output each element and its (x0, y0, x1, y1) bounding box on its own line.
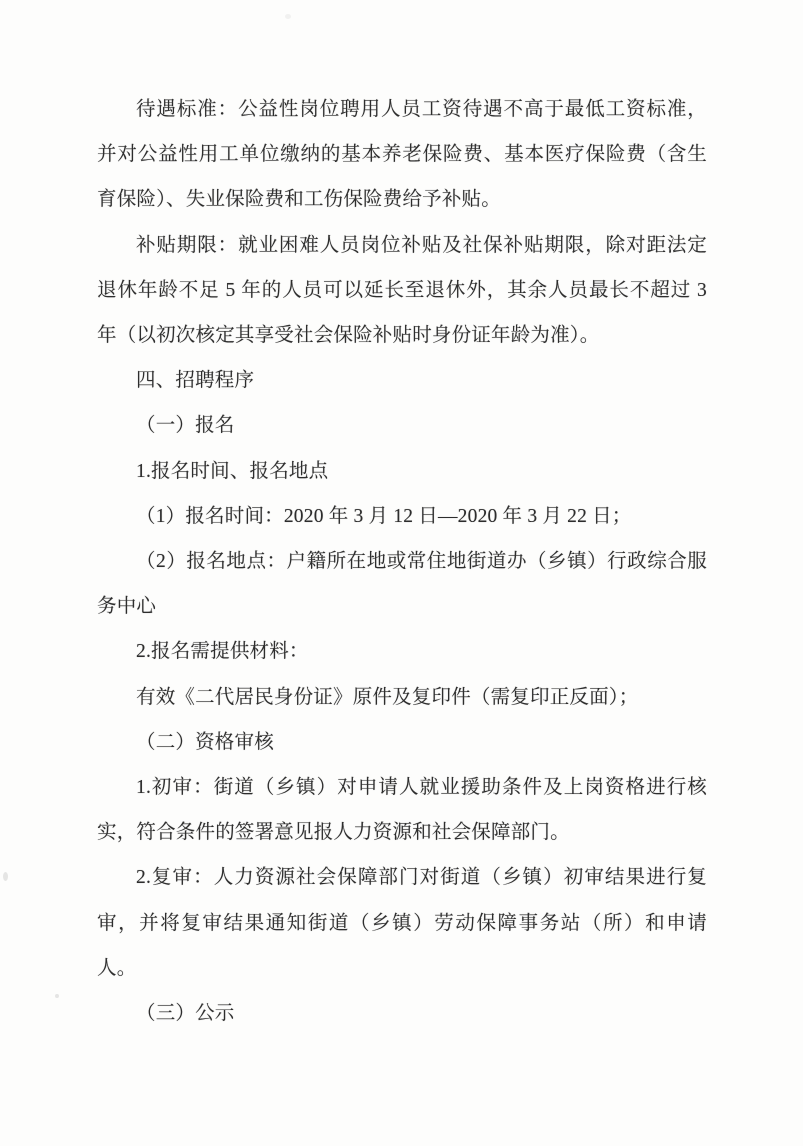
item-registration-time: （1）报名时间：2020 年 3 月 12 日—2020 年 3 月 22 日； (97, 494, 707, 539)
item-registration-time-place-title: 1.报名时间、报名地点 (97, 449, 707, 494)
heading-subsection-2-qualification-review: （二）资格审核 (97, 720, 707, 765)
paragraph-subsidy-period: 补贴期限：就业困难人员岗位补贴及社保补贴期限，除对距法定退休年龄不足 5 年的人… (97, 223, 707, 359)
scan-artifact (3, 872, 8, 881)
item-first-review: 1.初审：街道（乡镇）对申请人就业援助条件及上岗资格进行核实，符合条件的签署意见… (97, 765, 707, 855)
item-required-materials-detail: 有效《二代居民身份证》原件及复印件（需复印正反面）； (97, 675, 707, 720)
scan-artifact (285, 14, 291, 19)
document-body: 待遇标准：公益性岗位聘用人员工资待遇不高于最低工资标准，并对公益性用工单位缴纳的… (97, 87, 707, 1036)
paragraph-treatment-standard: 待遇标准：公益性岗位聘用人员工资待遇不高于最低工资标准，并对公益性用工单位缴纳的… (97, 87, 707, 223)
heading-section-4-recruitment-procedure: 四、招聘程序 (97, 358, 707, 403)
heading-subsection-3-public-notice: （三）公示 (97, 991, 707, 1036)
item-second-review: 2.复审：人力资源社会保障部门对街道（乡镇）初审结果进行复审，并将复审结果通知街… (97, 855, 707, 991)
scanned-document-page: 待遇标准：公益性岗位聘用人员工资待遇不高于最低工资标准，并对公益性用工单位缴纳的… (0, 0, 803, 1146)
scan-artifact (55, 994, 59, 998)
heading-subsection-1-registration: （一）报名 (97, 403, 707, 448)
item-required-materials-title: 2.报名需提供材料： (97, 629, 707, 674)
item-registration-place: （2）报名地点：户籍所在地或常住地街道办（乡镇）行政综合服务中心 (97, 539, 707, 629)
